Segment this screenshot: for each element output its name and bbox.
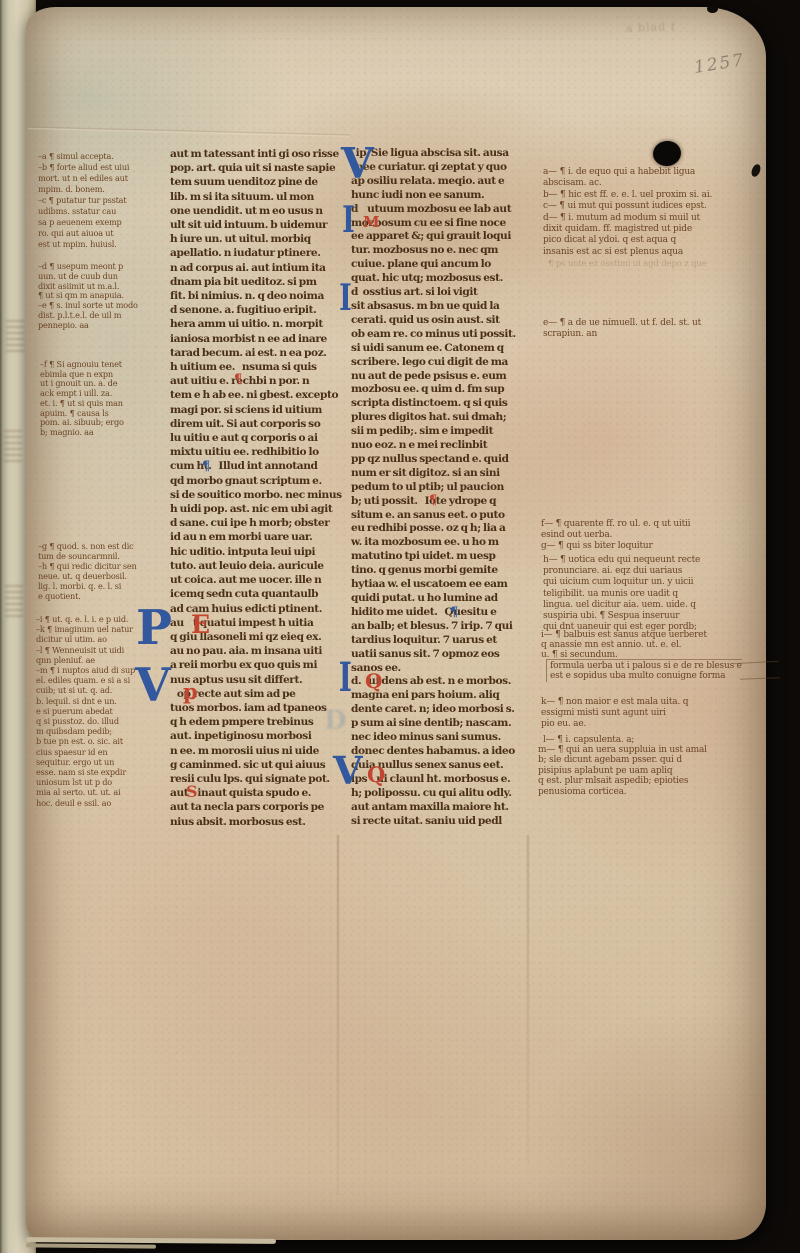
- text-line: p sum ai sine dentib; nascam.: [351, 717, 543, 731]
- initial-v-blue: V: [333, 752, 362, 790]
- right-gloss-block-a: a— ¶ i. de equo qui a habebit liguaabsci…: [543, 167, 712, 258]
- fold-line-2: [527, 835, 529, 1165]
- paragraph-mark-blue: ¶: [450, 606, 458, 619]
- text-line: si de souitico morbo. nec minus: [170, 488, 350, 502]
- initial-q-red: Q: [367, 764, 385, 785]
- text-line: tem suum uenditoz pine de: [170, 175, 350, 189]
- right-gloss-block-d: h— ¶ uotica edu qui nequeunt rectepronun…: [543, 555, 700, 633]
- text-line: d utuum mozbosu ee lab aut: [351, 203, 543, 217]
- initial-v-blue: V: [135, 662, 171, 708]
- text-line: est e sopidus uba multo conuigne forma: [550, 671, 742, 681]
- text-line: pronunciare. ai. eqz dui uariaus: [543, 566, 700, 577]
- text-line: hera amm ui uitio. n. morpit: [170, 317, 350, 331]
- text-line: sa p aeuenem exemp: [38, 217, 129, 228]
- text-line: ob eam re. co minus uti possit.: [351, 328, 543, 342]
- text-line: nu aut de pede psisus e. eum: [351, 370, 543, 384]
- text-line: ip Sie ligua abscisa sit. ausa: [351, 147, 543, 161]
- text-line: nius absit. morbosus est.: [170, 815, 350, 829]
- text-line: ap osiliu relata. meqio. aut e: [351, 175, 543, 189]
- text-line: –a ¶ simul accepta.: [38, 151, 129, 162]
- text-line: magi por. si sciens id uitium: [170, 403, 350, 417]
- bleedthrough-initial: D: [324, 708, 347, 734]
- fold-line-1: [337, 835, 339, 1195]
- text-line: neue. ut. q deuerbosil.: [38, 571, 137, 581]
- initial-i-blue: I: [339, 280, 352, 316]
- text-line: esse. nam si ste expdir: [36, 767, 135, 777]
- text-line: si recte uitat. saniu uid pedl: [351, 815, 543, 829]
- text-line: qnn pleniuf. ae: [36, 655, 135, 665]
- left-gloss-block-b: –d ¶ usepum meont puun. ut de cuub dundi…: [38, 262, 138, 331]
- text-line: ult sit uid intuum. b uidemur: [170, 218, 350, 232]
- inserted-marginal-note: formula uerba ut i palous si e de re ble…: [546, 659, 742, 682]
- text-line: si uidi sanum ee. Catonem q: [351, 342, 543, 356]
- text-line: sequitur. ergo ut un: [36, 757, 135, 767]
- text-line: tino. q genus morbi gemite: [351, 564, 543, 578]
- edge-notch: [707, 5, 718, 13]
- text-line: a— ¶ i. de equo qui a habebit ligua: [543, 167, 712, 178]
- main-text-column-1: aut m tatessant inti gi oso rissepop. ar…: [170, 147, 350, 829]
- text-line: udibms. sstatur cau: [38, 206, 129, 217]
- text-line: q est. plur mlsait aspedib; epioties: [538, 776, 707, 786]
- text-line: qui uicium cum loquitur un. y uicii: [543, 577, 700, 588]
- text-line: h uidi pop. ast. nic em ubi agit: [170, 502, 350, 516]
- text-line: pennepio. aa: [38, 321, 138, 331]
- text-line: eu redhibi posse. oz q h; lia a: [351, 522, 543, 536]
- text-line: pedum to ul ptib; ul paucion: [351, 481, 543, 495]
- text-line: dixit quidam. ff. magistred ut pide: [543, 224, 712, 235]
- text-line: tur. mozbosus no e. nec qm: [351, 244, 543, 258]
- faint-inscription: a blad f: [626, 20, 676, 35]
- left-gloss-block-d: –g ¶ quod. s. non est dictum de souncarm…: [38, 541, 137, 601]
- right-gloss-faded-line: ¶ ps uote ez osstimi ui agd depo z que: [548, 259, 707, 269]
- text-line: ut coica. aut me uocer. ille n: [170, 573, 350, 587]
- text-line: insanis est ac si est plenus aqua: [543, 247, 712, 258]
- right-gloss-block-e: i— ¶ balbuis est sanus atque uerberetq a…: [541, 631, 707, 660]
- text-line: scripta distinctoem. q si quis: [351, 397, 543, 411]
- text-line: tuto. aut leuio deia. auricule: [170, 559, 350, 573]
- text-line: id au n em morbi uare uar.: [170, 530, 350, 544]
- text-line: aut. inpetiginosu morbosi: [170, 729, 350, 743]
- text-line: dicitur ul utim. ao: [36, 634, 135, 644]
- text-line: mozbosum cu ee si fine noce: [351, 217, 543, 231]
- text-line: au no pau. aia. m insana uiti: [170, 644, 350, 658]
- text-line: tem e h ab ee. ni gbest. excepto: [170, 388, 350, 402]
- right-gloss-block-i: m— ¶ qui an uera suppluia in ust amalb; …: [538, 745, 707, 797]
- text-line: icemq sedn cuta quantaulb: [170, 587, 350, 601]
- text-line: q h edem pmpere trebinus: [170, 715, 350, 729]
- text-line: –i ¶ ut. q. e. l. i. e p uid.: [36, 614, 135, 624]
- text-line: –c ¶ putatur tur psstat: [38, 195, 129, 206]
- text-line: –l ¶ Wenneuisit ut uidi: [36, 645, 135, 655]
- initial-i-blue: I: [339, 658, 352, 698]
- text-line: abscisam. ac.: [543, 178, 712, 189]
- text-line: dente caret. n; ideo morbosi s.: [351, 703, 543, 717]
- text-line: one uendidit. ut m eo usus n: [170, 204, 350, 218]
- edge-bleed-mark: [6, 320, 24, 354]
- text-line: uniosum lst ut p do: [36, 777, 135, 787]
- text-line: b. lequil. si dnt e un.: [36, 696, 135, 706]
- text-line: tarad becum. ai est. n ea poz.: [170, 346, 350, 360]
- text-line: d senone. a. fugitiuo eripit.: [170, 303, 350, 317]
- text-line: f— ¶ quarente ff. ro ul. e. q ut uitii: [541, 519, 690, 530]
- text-line: cuiue. plane qui ancum lo: [351, 258, 543, 272]
- text-line: pio eu. ae.: [541, 719, 688, 730]
- text-line: aut antam maxilla maiore ht.: [351, 801, 543, 815]
- text-line: mort. ut n el ediles aut: [38, 173, 129, 184]
- initial-p-blue: P: [136, 604, 172, 652]
- text-line: uatii sanus sit. 7 opmoz eos: [351, 648, 543, 662]
- text-line: cum ht. Illud int annotand: [170, 459, 350, 473]
- text-line: n ee. m morosii uius ni uide: [170, 744, 350, 758]
- text-line: tardius loquitur. 7 uarus et: [351, 634, 543, 648]
- edge-bleed-mark: [4, 430, 22, 464]
- text-line: dnam pia bit ueditoz. si pm: [170, 275, 350, 289]
- text-line: lingua. uel dicitur aia. uem. uide. q: [543, 600, 700, 611]
- text-line: k— ¶ non maior e est mala uita. q: [541, 697, 688, 708]
- text-line: plures digitos hat. sui dmah;: [351, 411, 543, 425]
- text-line: mixtu uitiu ee. redhibitio lo: [170, 445, 350, 459]
- text-line: quidi putat. u ho lumine ad: [351, 592, 543, 606]
- text-line: essigmi misti sunt agunt uiri: [541, 708, 688, 719]
- text-line: nec ideo minus sani sumus.: [351, 731, 543, 745]
- text-line: scribere. lego cui digit de ma: [351, 356, 543, 370]
- text-line: –h ¶ qui redic dicitur sen: [38, 561, 137, 571]
- text-line: tum de souncarmnil.: [38, 551, 137, 561]
- text-line: e quotient.: [38, 591, 137, 601]
- text-line: e si puerum abedat: [36, 706, 135, 716]
- text-line: ee apparet &; qui grauit loqui: [351, 230, 543, 244]
- edge-bleed-mark: [5, 585, 23, 619]
- text-line: an balb; et blesus. 7 irip. 7 qui: [351, 620, 543, 634]
- text-line: c— ¶ ui mut qui possunt iudices epst.: [543, 201, 712, 212]
- text-line: hunc iudi non ee sanum.: [351, 189, 543, 203]
- text-line: –k ¶ imaginum uel natur: [36, 624, 135, 634]
- initial-q-red: Q: [365, 671, 382, 691]
- text-line: a reii morbu ex quo quis mi: [170, 658, 350, 672]
- paragraph-mark-red: ¶: [429, 494, 437, 507]
- paragraph-mark-blue: ¶: [202, 460, 210, 473]
- text-line: matutino tpi uidet. m uesp: [351, 550, 543, 564]
- text-line: qd morbo gnaut scriptum e.: [170, 474, 350, 488]
- text-line: direm uit. Si aut corporis so: [170, 417, 350, 431]
- text-line: h— ¶ uotica edu qui nequeunt recte: [543, 555, 700, 566]
- text-line: ro. qui aut aiuoa ut: [38, 228, 129, 239]
- text-line: scrapiun. an: [543, 329, 701, 340]
- text-line: mia al serto. ut. ut. ai: [36, 787, 135, 797]
- left-gloss-block-c: –f ¶ Si agnouiu tenetebimla que n expnut…: [40, 360, 124, 438]
- text-line: lu uitiu e aut q corporis o ai: [170, 431, 350, 445]
- bottom-leaf-edge-2: [26, 1243, 156, 1248]
- text-line: m quibsdam pedib;: [36, 726, 135, 736]
- text-line: pp qz nullus spectand e. quid: [351, 453, 543, 467]
- initial-s-red: S: [186, 784, 198, 800]
- initial-i-blue: I: [342, 202, 355, 238]
- text-line: b— ¶ hic est ff. e. e. l. uel proxim si.…: [543, 190, 712, 201]
- text-line: n ad corpus ai. aut intium ita: [170, 261, 350, 275]
- right-gloss-block-c: f— ¶ quarente ff. ro ul. e. q ut uitiies…: [541, 519, 690, 551]
- text-line: cuib; ut si ut. q. ad.: [36, 685, 135, 695]
- text-line: h; polipossu. cu qui alitu odly.: [351, 787, 543, 801]
- letter-p-red: p: [183, 681, 198, 702]
- text-line: hytiaa w. el uscatoem ee eam: [351, 578, 543, 592]
- text-line: aut m tatessant inti gi oso risse: [170, 147, 350, 161]
- text-line: esind out uerba.: [541, 530, 690, 541]
- text-line: hoc. deuil e ssil. ao: [36, 798, 135, 808]
- initial-m-red: M: [363, 215, 380, 230]
- text-line: sit absasus. m bn ue quid la: [351, 300, 543, 314]
- text-line: apellatio. n iudatur ptinere.: [170, 246, 350, 260]
- text-line: pop. art. quia uit si naste sapie: [170, 161, 350, 175]
- text-line: b tue pn est. o. sic. ait: [36, 736, 135, 746]
- text-line: el. ediles quam. e si a si: [36, 675, 135, 685]
- text-line: nuo eoz. n e mei reclinbit: [351, 439, 543, 453]
- text-line: b; sle dicunt agebam psser. qui d: [538, 755, 707, 765]
- right-gloss-block-b: e— ¶ a de ue nimuell. ut f. del. st. uts…: [543, 318, 701, 340]
- text-line: b; magnio. aa: [40, 428, 124, 438]
- text-line: ianiosa morbist n ee ad inare: [170, 332, 350, 346]
- main-text-column-2: ip Sie ligua abscisa sit. ausa nee curia…: [351, 147, 543, 828]
- text-line: lib. m si ita situum. ul mon: [170, 190, 350, 204]
- right-gloss-block-g: k— ¶ non maior e est mala uita. qessigmi…: [541, 697, 688, 730]
- text-line: e— ¶ a de ue nimuell. ut f. del. st. ut: [543, 318, 701, 329]
- text-line: aut ta necla pars corporis pe: [170, 800, 350, 814]
- text-line: q si pusstoz. do. illud: [36, 716, 135, 726]
- text-line: w. ita mozbosum ee. u ho m: [351, 536, 543, 550]
- text-line: penusioma corticea.: [538, 787, 707, 797]
- text-line: b; uti possit. Iote ydrope q: [351, 495, 543, 509]
- text-line: –b ¶ forte aliud est uiui: [38, 162, 129, 173]
- left-gloss-block-a: –a ¶ simul accepta.–b ¶ forte aliud est …: [38, 151, 129, 250]
- text-line: pico dicat al ydoi. q est aqua q: [543, 235, 712, 246]
- text-line: aut uitiu e. rechbi n por. n: [170, 374, 350, 388]
- text-line: situm e. an sanus eet. o puto: [351, 509, 543, 523]
- text-line: cius spaesur id en: [36, 747, 135, 757]
- text-line: quat. hic utq; mozbosus est.: [351, 272, 543, 286]
- text-line: suspiria ubi. ¶ Sespua inseruur: [543, 611, 700, 622]
- text-line: donec dentes habamus. a ideo: [351, 745, 543, 759]
- text-line: –m ¶ i nuptos aiud di sup: [36, 665, 135, 675]
- left-gloss-block-e: –i ¶ ut. q. e. l. i. e p uid.–k ¶ imagin…: [36, 614, 135, 808]
- text-line: lig. l. morbi. q. e. l. si: [38, 581, 137, 591]
- text-line: d— ¶ i. mutum ad modum si muil ut: [543, 213, 712, 224]
- text-line: est ut mpim. huiusl.: [38, 239, 129, 250]
- initial-e-red: E: [191, 612, 210, 637]
- text-line: mozbosu ee. q uim d. fm sup: [351, 383, 543, 397]
- text-line: nee curiatur. qi zeptat y quo: [351, 161, 543, 175]
- text-line: num er sit digitoz. si an sini: [351, 467, 543, 481]
- text-line: teligibilit. ua munis ore uadit q: [543, 589, 700, 600]
- text-line: –g ¶ quod. s. non est dic: [38, 541, 137, 551]
- paragraph-mark-red: ¶: [234, 373, 242, 386]
- text-line: hidito me uidet. Quesitu e: [351, 606, 543, 620]
- text-line: g caminmed. sic ut qui aiuus: [170, 758, 350, 772]
- manuscript-page: 1257 a blad f aut m tatessant inti gi os…: [0, 0, 800, 1253]
- text-line: hic uditio. intputa leui uipi: [170, 545, 350, 559]
- text-line: cerati. quid us osin aust. sit: [351, 314, 543, 328]
- text-line: pisipius aplabunt pe uam apliq: [538, 766, 707, 776]
- text-line: m— ¶ qui an uera suppluia in ust amal: [538, 745, 707, 755]
- text-line: d osstius art. si loi vigit: [351, 286, 543, 300]
- text-line: formula uerba ut i palous si e de re ble…: [550, 661, 742, 671]
- initial-v-blue: V: [341, 143, 374, 185]
- text-line: d sane. cui ipe h morb; obster: [170, 516, 350, 530]
- text-line: h iure un. ut uitul. morbiq: [170, 232, 350, 246]
- text-line: mpim. d. bonem.: [38, 184, 129, 195]
- text-line: sii m pedib;. sim e impedit: [351, 425, 543, 439]
- text-line: fit. bi nimius. n. q deo noima: [170, 289, 350, 303]
- text-line: h uitium ee. nsuma si quis: [170, 360, 350, 374]
- text-line: g— ¶ qui ss biter loquitur: [541, 541, 690, 552]
